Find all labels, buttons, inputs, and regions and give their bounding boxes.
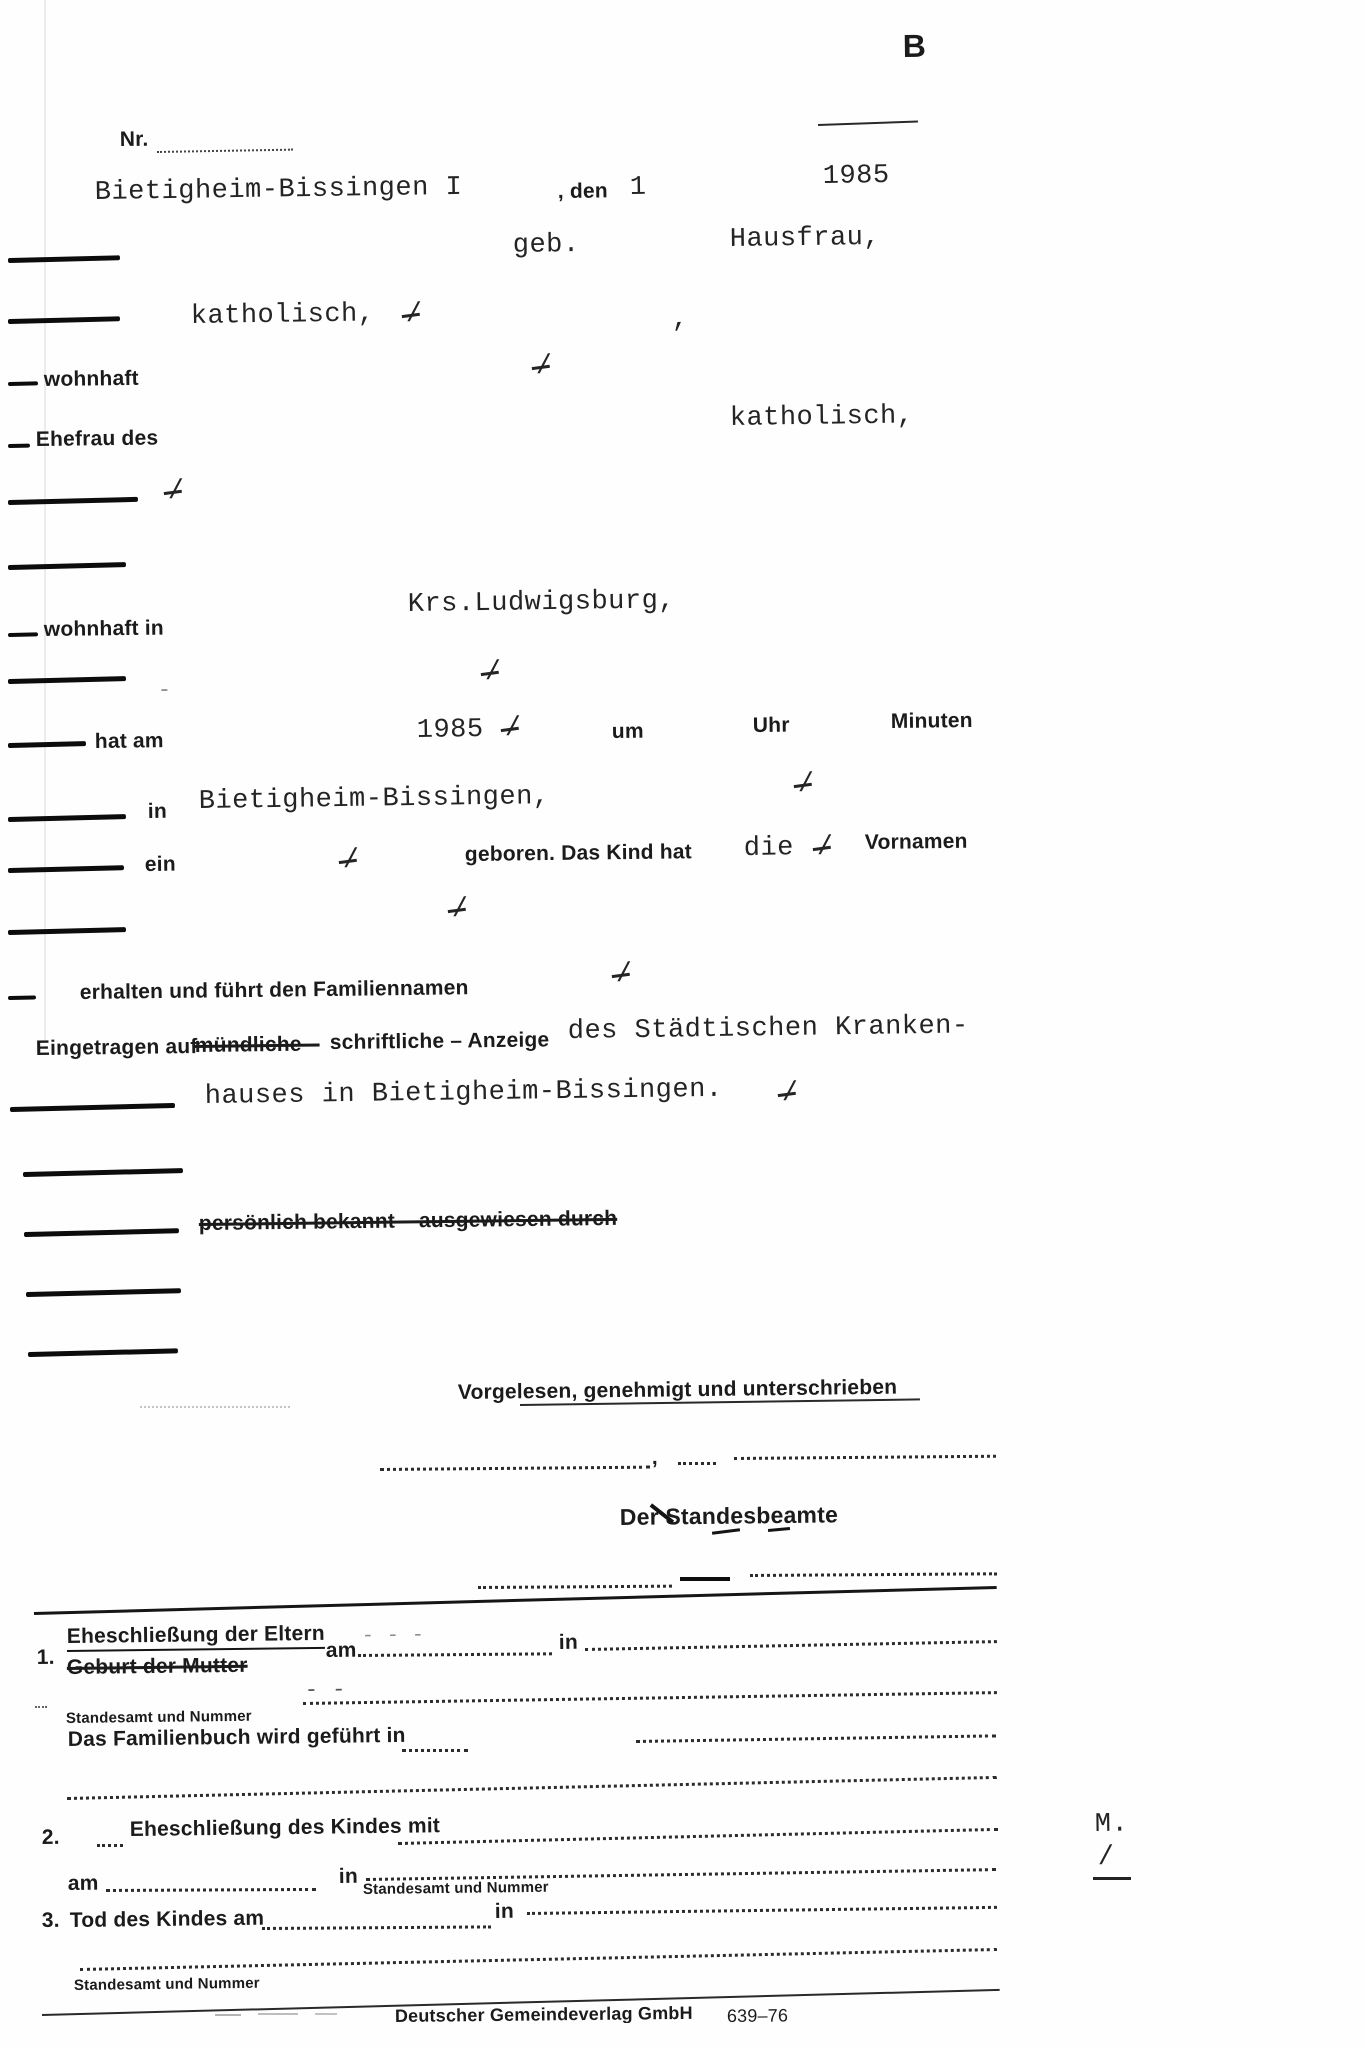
typed-religion-1: katholisch, xyxy=(191,299,375,332)
typed-die: die xyxy=(744,833,795,864)
hat-am-label: hat am xyxy=(95,729,164,754)
redaction-line xyxy=(28,1348,178,1357)
section1-line2-struck-label: Geburt der Mutter xyxy=(67,1654,248,1680)
short-black-dash xyxy=(680,1577,730,1581)
wohnhaft-in-label: wohnhaft in xyxy=(44,617,164,642)
typed-m-mark: M. xyxy=(1095,1810,1129,1840)
redaction-line xyxy=(8,927,126,935)
nr-dotted-line xyxy=(157,149,293,153)
cancel-stroke-mark: / xyxy=(798,770,815,800)
erhalten-label: erhalten und führt den Familiennamen xyxy=(80,976,469,1005)
cancel-stroke-mark: / xyxy=(485,658,502,688)
redaction-line xyxy=(10,1103,175,1112)
den-label: , den xyxy=(558,179,608,204)
dotted-line xyxy=(585,1640,997,1651)
redaction-line xyxy=(8,562,126,570)
section3-number: 3. xyxy=(42,1909,60,1933)
ein-label: ein xyxy=(145,853,176,877)
am-label: am xyxy=(326,1639,357,1663)
cancel-stroke-mark: / xyxy=(616,960,633,990)
cancel-stroke-mark: / xyxy=(452,895,469,925)
dotted-line xyxy=(398,1828,998,1845)
dotted-line xyxy=(262,1925,491,1930)
imprint-form-number: 639–76 xyxy=(727,2005,788,2023)
section1-line1-label: Eheschließung der Eltern xyxy=(67,1622,325,1652)
redaction-line xyxy=(23,1168,183,1177)
in-label: in xyxy=(148,800,167,824)
section3-label: Tod des Kindes am xyxy=(70,1907,265,1933)
wohnhaft-label: wohnhaft xyxy=(44,367,139,392)
signature-dotted-line xyxy=(380,1466,650,1471)
dotted-line xyxy=(97,1844,123,1847)
standesamt-nummer-label: Standesamt und Nummer xyxy=(74,1975,260,1994)
dotted-line xyxy=(527,1906,997,1915)
typed-dash-marks-2: - - xyxy=(305,1677,346,1703)
redaction-line xyxy=(8,255,120,263)
typed-date-day: 1 xyxy=(630,173,647,203)
typed-district: Krs.Ludwigsburg, xyxy=(408,586,676,620)
persoenlich-struck-label: persönlich bekannt – ausgewiesen durch xyxy=(199,1207,618,1236)
sig-comma: , xyxy=(652,1446,658,1470)
dotted-line xyxy=(303,1691,997,1705)
imprint-publisher: Deutscher Gemeindeverlag GmbH xyxy=(395,2004,693,2023)
imprint-row: Deutscher Gemeindeverlag GmbH 639–76 xyxy=(0,2004,1020,2023)
typed-dash-marks: - - - xyxy=(362,1624,425,1648)
cancel-stroke-mark: / xyxy=(782,1079,799,1109)
standesamt-nummer-label: Standesamt und Nummer xyxy=(363,1879,549,1898)
line-stub xyxy=(8,632,38,637)
faint-imprint-mark xyxy=(258,2013,298,2015)
vornamen-label: Vornamen xyxy=(865,830,968,855)
redaction-line xyxy=(8,316,120,324)
signature-dotted-line xyxy=(678,1462,716,1465)
muendliche-struck-label: mündliche – xyxy=(195,1032,320,1058)
dotted-line xyxy=(358,1652,552,1657)
dotted-line xyxy=(478,1585,672,1589)
dotted-line xyxy=(80,1948,997,1971)
typed-occupation: Hausfrau, xyxy=(730,223,881,255)
in-label: in xyxy=(559,1631,578,1655)
geboren-label: geboren. Das Kind hat xyxy=(465,840,692,867)
familienbuch-label: Das Familienbuch wird geführt in xyxy=(68,1724,406,1752)
dotted-line xyxy=(636,1734,996,1743)
section-divider-line xyxy=(34,1586,997,1615)
section1-number: 1. xyxy=(37,1646,55,1670)
in-label: in xyxy=(339,1865,358,1889)
dotted-line xyxy=(67,1776,997,1800)
dotted-line xyxy=(750,1572,997,1577)
cancel-stroke-mark: / xyxy=(343,846,360,876)
ehefrau-des-label: Ehefrau des xyxy=(36,427,159,452)
section2-label: Eheschließung des Kindes mit xyxy=(130,1814,440,1842)
uhr-label: Uhr xyxy=(753,714,790,738)
underline-mark xyxy=(1093,1877,1131,1880)
section2-number: 2. xyxy=(42,1826,60,1850)
eingetragen-label: Eingetragen auf xyxy=(36,1035,198,1061)
faint-dots xyxy=(35,1706,47,1708)
minuten-label: Minuten xyxy=(891,709,973,734)
faint-imprint-mark xyxy=(215,2014,241,2016)
typed-stray-comma: , xyxy=(672,305,689,335)
line-stub xyxy=(8,381,38,386)
scan-fold-line xyxy=(44,0,46,1040)
typed-hospital-1: des Städtischen Kranken- xyxy=(568,1011,969,1047)
typed-year-top: 1985 xyxy=(823,161,890,192)
nr-label: Nr. xyxy=(120,128,149,152)
typed-birth-year: 1985 xyxy=(417,715,484,746)
typed-slash-mark: / xyxy=(1098,1843,1115,1873)
redaction-line xyxy=(8,497,138,505)
typed-small-dash: - xyxy=(158,678,172,703)
form-section-mark: B xyxy=(903,28,927,65)
redaction-line xyxy=(8,865,124,873)
cancel-stroke-mark: / xyxy=(817,833,834,863)
redaction-line xyxy=(8,814,126,822)
line-stub xyxy=(8,995,36,1000)
line-stub xyxy=(8,444,30,448)
typed-geb: geb. xyxy=(513,230,580,261)
signature-dotted-line xyxy=(734,1455,996,1460)
faint-dots xyxy=(140,1406,290,1408)
cancel-stroke-mark: / xyxy=(406,300,423,330)
dotted-line xyxy=(402,1749,468,1752)
schriftliche-label: schriftliche – Anzeige xyxy=(330,1028,550,1055)
typed-religion-2: katholisch, xyxy=(730,401,914,434)
typed-birth-place: Bietigheim-Bissingen, xyxy=(199,782,550,817)
standesamt-nummer-label: Standesamt und Nummer xyxy=(66,1708,252,1727)
redaction-line xyxy=(8,676,126,684)
cancel-stroke-mark: / xyxy=(536,352,553,382)
cancel-stroke-mark: / xyxy=(505,714,522,744)
redaction-line xyxy=(24,1228,179,1237)
typed-hospital-2: hauses in Bietigheim-Bissingen. xyxy=(205,1075,723,1112)
line-stub xyxy=(8,741,86,748)
typed-registry-place: Bietigheim-Bissingen I xyxy=(95,173,463,208)
dotted-line xyxy=(106,1888,316,1892)
short-rule xyxy=(818,121,918,126)
um-label: um xyxy=(612,720,644,744)
cancel-stroke-mark: / xyxy=(168,477,185,507)
redaction-line xyxy=(26,1288,181,1297)
faint-imprint-mark xyxy=(315,2013,337,2015)
in-label: in xyxy=(495,1900,514,1924)
pen-stroke xyxy=(768,1527,790,1532)
am-label: am xyxy=(68,1872,99,1896)
scanned-birth-register-page: B 1985 Nr. Bietigheim-Bissingen I , den … xyxy=(0,0,1365,2048)
